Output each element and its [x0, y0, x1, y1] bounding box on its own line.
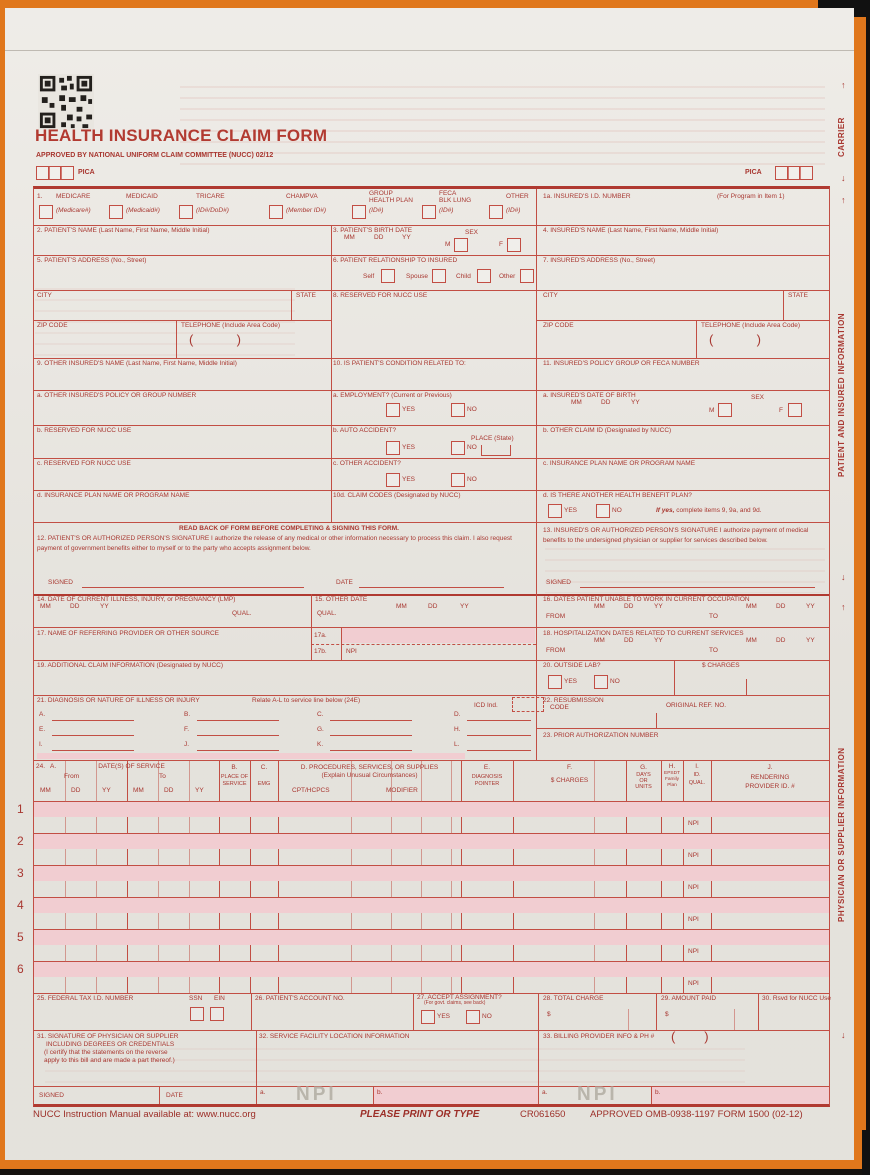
- item6-label: 6. PATIENT RELATIONSHIP TO INSURED: [333, 257, 457, 264]
- item1a-label: 1a. INSURED'S I.D. NUMBER: [543, 193, 631, 200]
- diag-line-f[interactable]: [197, 735, 279, 736]
- checkbox-champva[interactable]: [269, 205, 283, 219]
- checkbox-rel-other[interactable]: [520, 269, 534, 283]
- service-line-number: 1: [17, 803, 24, 817]
- item11-label: 11. INSURED'S POLICY GROUP OR FECA NUMBE…: [543, 360, 700, 367]
- item32b-shaded-field[interactable]: [374, 1087, 538, 1104]
- checkbox-sex-female[interactable]: [507, 238, 521, 252]
- item16-yy1: YY: [654, 603, 663, 610]
- item21-label: 21. DIAGNOSIS OR NATURE OF ILLNESS OR IN…: [37, 697, 200, 704]
- item3-m: M: [445, 241, 450, 248]
- patient-state-label: STATE: [296, 292, 316, 299]
- col-f-line2: $ CHARGES: [513, 777, 626, 784]
- item16-from: FROM: [546, 613, 565, 620]
- row-npi-label: NPI: [688, 820, 699, 827]
- divider: [674, 660, 675, 695]
- checkbox-outsidelab-no[interactable]: [594, 675, 608, 689]
- item15-qual: QUAL.: [317, 610, 337, 617]
- item22-code: CODE: [550, 704, 569, 711]
- diag-letter: A.: [39, 711, 45, 718]
- divider: [656, 993, 657, 1030]
- col-h-line3: Family: [661, 777, 683, 783]
- checkbox-ssn[interactable]: [190, 1007, 204, 1021]
- item6-child: Child: [456, 273, 471, 280]
- checkbox-auto-no[interactable]: [451, 441, 465, 455]
- footer-omb-approval: APPROVED OMB-0938-1197 FORM 1500 (02-12): [590, 1110, 803, 1121]
- divider: [34, 522, 829, 523]
- divider: [34, 255, 829, 256]
- item28-dollar: $: [547, 1011, 551, 1018]
- divider: [538, 993, 539, 1030]
- item17a-label: 17a.: [314, 632, 327, 639]
- item13-signed-label: SIGNED: [546, 579, 571, 586]
- item7-label: 7. INSURED'S ADDRESS (No., Street): [543, 257, 655, 264]
- margin-label-carrier: CARRIER: [837, 98, 849, 176]
- item31-date-label: DATE: [166, 1092, 183, 1099]
- item9c-label: c. RESERVED FOR NUCC USE: [37, 460, 131, 467]
- item3-f: F: [499, 241, 503, 248]
- checkbox-assignment-yes[interactable]: [421, 1010, 435, 1024]
- item31-line2: INCLUDING DEGREES OR CREDENTIALS: [46, 1041, 174, 1048]
- col-a-from: From: [64, 773, 79, 780]
- place-state-field[interactable]: [481, 445, 511, 456]
- item20-label: 20. OUTSIDE LAB?: [543, 662, 600, 669]
- item14-mm: MM: [40, 603, 51, 610]
- item11a-dd: DD: [601, 399, 610, 406]
- diag-line-i[interactable]: [52, 750, 134, 751]
- item10a-label: a. EMPLOYMENT? (Current or Previous): [333, 392, 452, 399]
- diag-letter: H.: [454, 726, 461, 733]
- item18-yy2: YY: [806, 637, 815, 644]
- diag-line-c[interactable]: [330, 720, 412, 721]
- item11b-label: b. OTHER CLAIM ID (Designated by NUCC): [543, 427, 671, 434]
- col-a-mm1: MM: [40, 787, 51, 794]
- item10d-label: 10d. CLAIM CODES (Designated by NUCC): [333, 492, 461, 499]
- col-c-letter: C.: [250, 764, 278, 771]
- divider: [256, 1030, 257, 1104]
- service-row-shaded[interactable]: [34, 802, 829, 817]
- col-d-title: D. PROCEDURES, SERVICES, OR SUPPLIES: [278, 764, 461, 771]
- item12-signed-label: SIGNED: [48, 579, 73, 586]
- col-a-to: To: [159, 773, 166, 780]
- item22-origref: ORIGINAL REF. NO.: [666, 702, 726, 709]
- service-line-number: 3: [17, 867, 24, 881]
- row-npi-label: NPI: [688, 884, 699, 891]
- checkbox-pica-left-3[interactable]: [60, 166, 74, 180]
- item1-tricare-label: TRICARE: [196, 193, 225, 200]
- item25-label: 25. FEDERAL TAX I.D. NUMBER: [37, 995, 133, 1002]
- checkbox-tricare[interactable]: [179, 205, 193, 219]
- item4-label: 4. INSURED'S NAME (Last Name, First Name…: [543, 227, 718, 234]
- diag-line-d[interactable]: [467, 720, 531, 721]
- service-line-number: 4: [17, 899, 24, 913]
- item33-phone-parens: ( ): [671, 1030, 709, 1045]
- divider: [34, 425, 829, 426]
- col-a-dd1: DD: [71, 787, 80, 794]
- item31-line1: 31. SIGNATURE OF PHYSICIAN OR SUPPLIER: [37, 1033, 178, 1040]
- col-g-letter: G.: [626, 764, 661, 771]
- col-g-line4: UNITS: [626, 784, 661, 790]
- diag-line-a[interactable]: [52, 720, 134, 721]
- checkbox-employment-yes[interactable]: [386, 403, 400, 417]
- diag-line-k[interactable]: [330, 750, 412, 751]
- item16-mm1: MM: [594, 603, 605, 610]
- service-row-shaded[interactable]: [34, 930, 829, 945]
- benefit-yes-label: YES: [564, 507, 577, 514]
- insured-state-label: STATE: [788, 292, 808, 299]
- form-title: HEALTH INSURANCE CLAIM FORM: [35, 126, 327, 146]
- service-line-number: 6: [17, 963, 24, 977]
- item9d-label: d. INSURANCE PLAN NAME OR PROGRAM NAME: [37, 492, 189, 499]
- arrow-up-icon: ↑: [841, 602, 846, 612]
- patient-zip-label: ZIP CODE: [37, 322, 68, 329]
- item1a-note: (For Program in Item 1): [717, 193, 785, 200]
- row-npi-label: NPI: [688, 916, 699, 923]
- item11a-sex: SEX: [751, 394, 764, 401]
- diag-letter: C.: [317, 711, 324, 718]
- footer-form-code: CR061650: [520, 1110, 565, 1121]
- item1-feca-label2: BLK LUNG: [439, 197, 471, 204]
- checkbox-other[interactable]: [489, 205, 503, 219]
- col-h-line4: Plan: [661, 783, 683, 789]
- divider: [758, 993, 759, 1030]
- patient-phone-parens: ( ): [189, 333, 241, 348]
- item15-dd: DD: [428, 603, 437, 610]
- insured-zip-label: ZIP CODE: [543, 322, 574, 329]
- checkbox-feca-blk-lung[interactable]: [422, 205, 436, 219]
- col-e-line2: DIAGNOSIS: [461, 774, 513, 780]
- cents-divider: [628, 1009, 629, 1030]
- item14-label: 14. DATE OF CURRENT ILLNESS, INJURY, or …: [37, 596, 235, 603]
- scanned-claim-form: HEALTH INSURANCE CLAIM FORM APPROVED BY …: [0, 0, 870, 1175]
- checkbox-auto-yes[interactable]: [386, 441, 400, 455]
- col-d-modifier: MODIFIER: [386, 787, 418, 794]
- col-d-subtitle: (Explain Unusual Circumstances): [278, 772, 461, 779]
- item18-to: TO: [709, 647, 718, 654]
- employment-no-label: NO: [467, 406, 477, 413]
- item24-number: 24.: [36, 763, 45, 770]
- item3-dd: DD: [374, 234, 383, 241]
- insured-phone-label: TELEPHONE (Include Area Code): [701, 322, 800, 329]
- checkbox-rel-spouse[interactable]: [432, 269, 446, 283]
- item29-dollar: $: [665, 1011, 669, 1018]
- item31-line4: apply to this bill and are made a part t…: [44, 1057, 175, 1064]
- claim-form-grid: 1. MEDICARE (Medicare#) MEDICAID (Medica…: [33, 186, 830, 1107]
- patient-phone-label: TELEPHONE (Include Area Code): [181, 322, 280, 329]
- diag-letter: F.: [184, 726, 189, 733]
- arrow-up-icon: ↑: [841, 80, 846, 90]
- item12-text: 12. PATIENT'S OR AUTHORIZED PERSON'S SIG…: [37, 534, 529, 554]
- service-row-shaded[interactable]: [34, 834, 829, 849]
- divider: [536, 728, 829, 729]
- checkbox-pica-right-3[interactable]: [799, 166, 813, 180]
- item15-mm: MM: [396, 603, 407, 610]
- item16-mm2: MM: [746, 603, 757, 610]
- diag-line-l[interactable]: [467, 750, 531, 751]
- col-i-letter: I.: [683, 763, 711, 770]
- divider: [34, 290, 829, 291]
- qr-code: [38, 74, 94, 130]
- divider: [159, 1086, 160, 1104]
- checkbox-ein[interactable]: [210, 1007, 224, 1021]
- assignment-yes-label: YES: [437, 1013, 450, 1020]
- column-divider: [536, 189, 537, 760]
- item3-mm: MM: [344, 234, 355, 241]
- checkbox-medicare[interactable]: [39, 205, 53, 219]
- margin-label-patient-insured: PATIENT AND INSURED INFORMATION: [837, 225, 849, 565]
- diag-letter: B.: [184, 711, 190, 718]
- outsidelab-no-label: NO: [610, 678, 620, 685]
- divider: [34, 1030, 829, 1031]
- col-i-line2: ID.: [683, 772, 711, 778]
- item6-spouse: Spouse: [406, 273, 428, 280]
- item5-label: 5. PATIENT'S ADDRESS (No., Street): [37, 257, 146, 264]
- row-npi-label: NPI: [688, 852, 699, 859]
- col-h-letter: H.: [661, 763, 683, 770]
- item16-dd2: DD: [776, 603, 785, 610]
- checkbox-otheracc-yes[interactable]: [386, 473, 400, 487]
- benefit-ifyes-note: If yes, complete items 9, 9a, and 9d.: [656, 507, 762, 514]
- diag-letter: J.: [184, 741, 189, 748]
- item32-label: 32. SERVICE FACILITY LOCATION INFORMATIO…: [259, 1033, 410, 1040]
- item16-yy2: YY: [806, 603, 815, 610]
- service-row-shaded[interactable]: [34, 898, 829, 913]
- checkbox-medicaid[interactable]: [109, 205, 123, 219]
- item21-relate-note: Relate A-L to service line below (24E): [252, 697, 360, 704]
- diag-line-e[interactable]: [52, 735, 134, 736]
- item6-other: Other: [499, 273, 515, 280]
- signature-line[interactable]: [580, 587, 815, 588]
- item3-sex: SEX: [465, 229, 478, 236]
- otheracc-yes-label: YES: [402, 476, 415, 483]
- service-row-shaded[interactable]: [34, 962, 829, 977]
- item1-tricare-sub: (ID#/DoD#): [196, 207, 229, 214]
- checkbox-insured-female[interactable]: [788, 403, 802, 417]
- col-b-line2: PLACE OF: [219, 774, 250, 780]
- item13-text: 13. INSURED'S OR AUTHORIZED PERSON'S SIG…: [543, 526, 818, 546]
- diag-line-b[interactable]: [197, 720, 279, 721]
- item21-icd-label: ICD Ind.: [474, 702, 498, 709]
- checkbox-outsidelab-yes[interactable]: [548, 675, 562, 689]
- col-b-line3: SERVICE: [219, 781, 250, 787]
- diag-line-j[interactable]: [197, 750, 279, 751]
- checkbox-assignment-no[interactable]: [466, 1010, 480, 1024]
- icd-indicator-field[interactable]: [512, 697, 544, 712]
- divider: [311, 644, 536, 645]
- service-row-shaded[interactable]: [34, 866, 829, 881]
- checkbox-group-health-plan[interactable]: [352, 205, 366, 219]
- col-j-line3: PROVIDER ID. #: [711, 783, 829, 790]
- item1-medicare-label: MEDICARE: [56, 193, 90, 200]
- item19-label: 19. ADDITIONAL CLAIM INFORMATION (Design…: [37, 662, 223, 669]
- divider: [413, 993, 414, 1030]
- diag-letter: E.: [39, 726, 45, 733]
- col-e-line3: POINTER: [461, 781, 513, 787]
- item11d-label: d. IS THERE ANOTHER HEALTH BENEFIT PLAN?: [543, 492, 692, 499]
- item31-line3: (I certify that the statements on the re…: [44, 1049, 168, 1056]
- assignment-no-label: NO: [482, 1013, 492, 1020]
- employment-yes-label: YES: [402, 406, 415, 413]
- margin-label-physician-supplier: PHYSICIAN OR SUPPLIER INFORMATION: [837, 645, 849, 1025]
- col-a-yy2: YY: [195, 787, 204, 794]
- item8-label: 8. RESERVED FOR NUCC USE: [333, 292, 427, 299]
- item17a-shaded-field[interactable]: [342, 628, 535, 643]
- checkbox-benefit-yes[interactable]: [548, 504, 562, 518]
- checkbox-otheracc-no[interactable]: [451, 473, 465, 487]
- divider: [538, 1030, 539, 1104]
- col-a-letter: A.: [50, 763, 56, 770]
- arrow-down-icon: ↓: [841, 173, 846, 183]
- item25-ein: EIN: [214, 995, 225, 1002]
- checkbox-insured-male[interactable]: [718, 403, 732, 417]
- divider: [311, 594, 312, 660]
- item1-group-label2: HEALTH PLAN: [369, 197, 413, 204]
- otheracc-no-label: NO: [467, 476, 477, 483]
- item1-number: 1.: [37, 193, 42, 200]
- item2-label: 2. PATIENT'S NAME (Last Name, First Name…: [37, 227, 210, 234]
- row-npi-label: NPI: [688, 980, 699, 987]
- footer-print-or-type: PLEASE PRINT OR TYPE: [360, 1109, 479, 1121]
- signature-line[interactable]: [82, 587, 304, 588]
- date-line[interactable]: [359, 587, 504, 588]
- arrow-down-icon: ↓: [841, 572, 846, 582]
- col-a-mm2: MM: [133, 787, 144, 794]
- col-c-line2: EMG: [250, 781, 278, 787]
- item17b-npi: NPI: [346, 648, 357, 655]
- item18-mm1: MM: [594, 637, 605, 644]
- item26-label: 26. PATIENT'S ACCOUNT NO.: [255, 995, 345, 1002]
- item10c-label: c. OTHER ACCIDENT?: [333, 460, 401, 467]
- item20-charges-label: $ CHARGES: [702, 662, 740, 669]
- divider: [696, 320, 697, 358]
- pica-label-left: PICA: [78, 169, 95, 177]
- item11a-label: a. INSURED'S DATE OF BIRTH: [543, 392, 636, 399]
- ifyes-rest: complete items 9, 9a, and 9d.: [674, 507, 761, 514]
- diag-letter: G.: [317, 726, 324, 733]
- col-h-line2: EPSDT: [661, 771, 683, 777]
- diag-line-g[interactable]: [330, 735, 412, 736]
- place-state-label: PLACE (State): [471, 435, 514, 442]
- col-a-dd2: DD: [164, 787, 173, 794]
- item18-yy1: YY: [654, 637, 663, 644]
- shaded-area: [37, 753, 465, 759]
- divider: [291, 290, 292, 320]
- divider: [34, 458, 829, 459]
- item10-label: 10. IS PATIENT'S CONDITION RELATED TO:: [333, 360, 466, 367]
- service-line-table: 24. A. DATE(S) OF SERVICE From To MM DD …: [34, 761, 829, 993]
- divider: [34, 695, 829, 696]
- arrow-down-icon: ↓: [841, 1030, 846, 1040]
- auto-yes-label: YES: [402, 444, 415, 451]
- item11a-mm: MM: [571, 399, 582, 406]
- item1-medicaid-label: MEDICAID: [126, 193, 158, 200]
- benefit-no-label: NO: [612, 507, 622, 514]
- divider: [656, 713, 657, 728]
- item14-yy: YY: [100, 603, 109, 610]
- col-j-line2: RENDERING: [711, 774, 829, 781]
- item17-label: 17. NAME OF REFERRING PROVIDER OR OTHER …: [37, 630, 219, 637]
- checkbox-sex-male[interactable]: [454, 238, 468, 252]
- pica-label-right: PICA: [745, 169, 762, 177]
- item18-dd1: DD: [624, 637, 633, 644]
- divider: [34, 225, 829, 226]
- item18-from: FROM: [546, 647, 565, 654]
- divider: [34, 660, 829, 661]
- item15-yy: YY: [460, 603, 469, 610]
- checkbox-employment-no[interactable]: [451, 403, 465, 417]
- item11a-f: F: [779, 407, 783, 414]
- item1-feca-sub: (ID#): [439, 207, 453, 214]
- item33b-shaded-field[interactable]: [652, 1087, 829, 1104]
- item27-sub: (For govt. claims, see back): [424, 1001, 485, 1007]
- col-a-title: DATE(S) OF SERVICE: [59, 763, 204, 770]
- readback-banner: READ BACK OF FORM BEFORE COMPLETING & SI…: [94, 525, 484, 532]
- item29-label: 29. AMOUNT PAID: [661, 995, 716, 1002]
- col-e-letter: E.: [461, 764, 513, 771]
- footer-manual-link: NUCC Instruction Manual available at: ww…: [33, 1110, 256, 1121]
- col-f-letter: F.: [513, 764, 626, 771]
- diag-letter: D.: [454, 711, 461, 718]
- diag-line-h[interactable]: [467, 735, 531, 736]
- checkbox-rel-self[interactable]: [381, 269, 395, 283]
- item1-other-label: OTHER: [506, 193, 529, 200]
- item1-champva-label: CHAMPVA: [286, 193, 318, 200]
- item32b-label: b.: [377, 1089, 382, 1096]
- row-npi-label: NPI: [688, 948, 699, 955]
- patient-city-label: CITY: [37, 292, 52, 299]
- scan-artifact: [862, 1130, 870, 1175]
- item18-label: 18. HOSPITALIZATION DATES RELATED TO CUR…: [543, 630, 744, 637]
- item30-label: 30. Rsvd for NUCC Use: [762, 995, 831, 1002]
- insured-phone-parens: ( ): [709, 333, 761, 348]
- divider: [34, 358, 829, 359]
- checkbox-benefit-no[interactable]: [596, 504, 610, 518]
- divider: [251, 993, 252, 1030]
- col-d-cpt: CPT/HCPCS: [292, 787, 330, 794]
- item15-label: 15. OTHER DATE: [315, 596, 367, 603]
- item14-dd: DD: [70, 603, 79, 610]
- divider: [536, 320, 829, 321]
- item18-dd2: DD: [776, 637, 785, 644]
- item12-date-label: DATE: [336, 579, 353, 586]
- item14-qual: QUAL.: [232, 610, 252, 617]
- cents-divider: [734, 1009, 735, 1030]
- item25-ssn: SSN: [189, 995, 202, 1002]
- item1-medicaid-sub: (Medicaid#): [126, 207, 160, 214]
- col-i-line3: QUAL.: [683, 780, 711, 786]
- arrow-up-icon: ↑: [841, 195, 846, 205]
- item9b-label: b. RESERVED FOR NUCC USE: [37, 427, 131, 434]
- col-j-letter: J.: [711, 764, 829, 771]
- item11a-m: M: [709, 407, 714, 414]
- divider: [746, 679, 747, 695]
- item28-label: 28. TOTAL CHARGE: [543, 995, 603, 1002]
- item1-other-sub: (ID#): [506, 207, 520, 214]
- item33b-label: b.: [655, 1089, 660, 1096]
- diag-letter: K.: [317, 741, 323, 748]
- service-line-number: 5: [17, 931, 24, 945]
- divider: [783, 290, 784, 320]
- item1-champva-sub: (Member ID#): [286, 207, 326, 214]
- item33a-label: a.: [542, 1089, 547, 1096]
- item32a-label: a.: [260, 1089, 265, 1096]
- checkbox-rel-child[interactable]: [477, 269, 491, 283]
- col-a-yy1: YY: [102, 787, 111, 794]
- column-divider: [331, 225, 332, 522]
- item11a-yy: YY: [631, 399, 640, 406]
- npi-watermark: NPI: [296, 1084, 337, 1106]
- divider: [34, 490, 829, 491]
